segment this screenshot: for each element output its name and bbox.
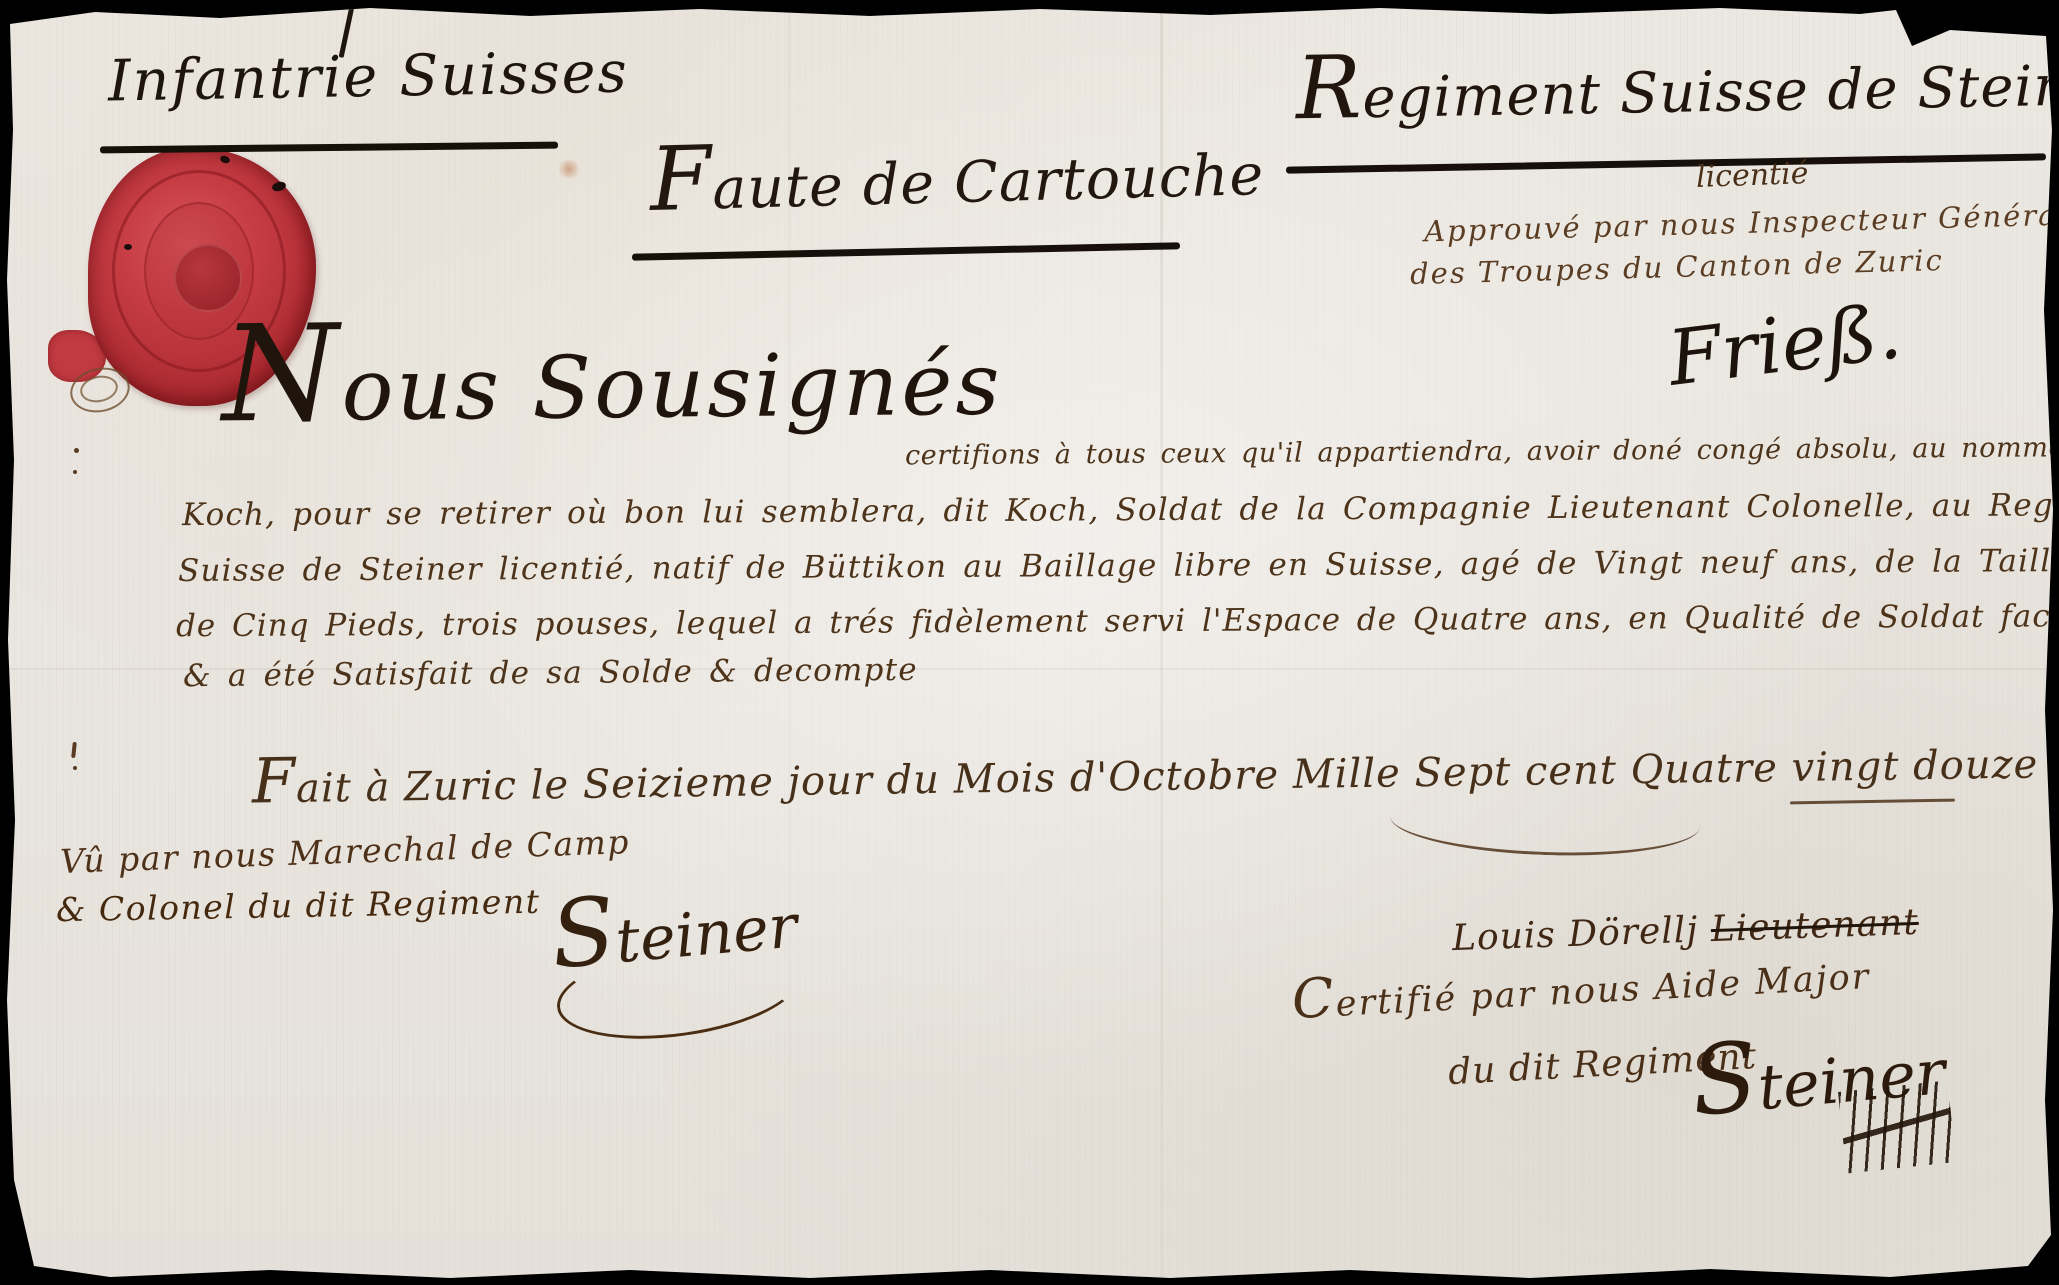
inspector-signature: Frieß. [1663, 286, 1905, 403]
approval-line-2: des Troupes du Canton de Zuric [1410, 243, 1944, 291]
body-line-5: & a été Satisfait de sa Solde & decompte [183, 652, 918, 694]
ink-speck [74, 448, 79, 453]
right-attestation-line-1: Certifié par nous Aide Major [1291, 957, 1871, 1027]
regiment-subtitle: licentié [1695, 156, 1809, 195]
left-attestation-line-1: Vû par nous Marechal de Camp [59, 822, 630, 881]
regiment-title: Regiment Suisse de Steiner [1295, 53, 2059, 133]
margin-mark [71, 742, 77, 758]
ink-stain [556, 160, 582, 178]
left-column-title: Infantrie Suisses [107, 39, 629, 114]
approval-line-1: Approuvé par nous Inspecteur Général [1424, 198, 2059, 249]
signature-crosshatch-flourish [1838, 1080, 1956, 1173]
pen-swash [1389, 783, 1701, 861]
ink-speck [73, 766, 77, 770]
body-line-3: Suisse de Steiner licentié, natif de Büt… [178, 543, 2059, 589]
title-underline [1286, 153, 2046, 173]
lieutenant-name-line: Louis Dörellj Lieutenant [1451, 902, 1919, 959]
body-line-2: Koch, pour se retirer où bon lui sembler… [182, 487, 2059, 533]
center-title: Faute de Cartouche [649, 142, 1265, 224]
left-attestation-line-2: & Colonel du dit Regiment [56, 882, 541, 929]
ink-speck [73, 470, 77, 474]
date-line: Fait à Zuric le Seizieme jour du Mois d'… [252, 742, 2039, 813]
title-underline [100, 142, 558, 154]
seal-speck [124, 244, 132, 250]
body-line-4: de Cinq Pieds, trois pouses, lequel a tr… [176, 598, 2059, 644]
opening-phrase: Nous Sousignés [222, 335, 1003, 442]
lieutenant-name: Louis Dörellj [1451, 910, 1699, 960]
document-paper: Infantrie Suisses Faute de Cartouche Reg… [0, 0, 2059, 1285]
body-line-1: certifions à tous ceux qu'il appartiendr… [905, 432, 2059, 472]
pen-dash [1790, 799, 1955, 805]
lieutenant-rank-struck: Lieutenant [1710, 902, 1919, 950]
title-underline [632, 242, 1180, 260]
